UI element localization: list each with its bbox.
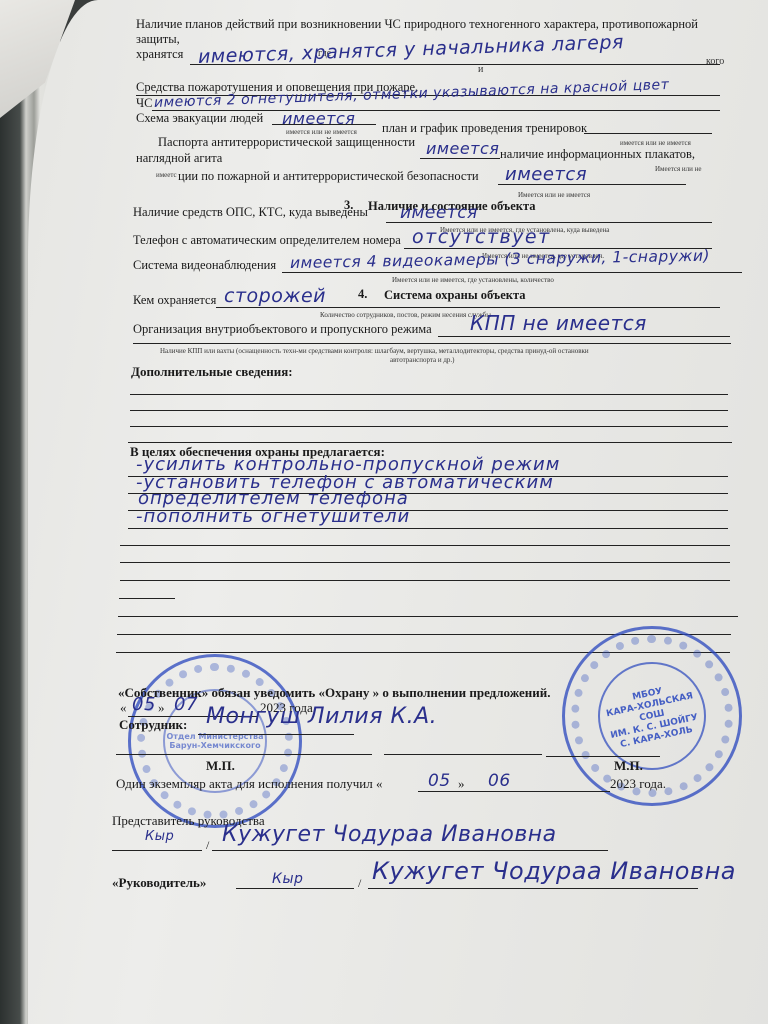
- propaganda-hint: Имеется или не имеется: [518, 191, 590, 199]
- passport-label: Паспорта антитеррористической защищеннос…: [158, 135, 415, 149]
- proposal-line-4: [128, 528, 728, 529]
- ops-value: имеется: [400, 204, 478, 222]
- mp-left: М.П.: [206, 759, 235, 773]
- access-underline-2: [133, 343, 731, 344]
- evac-value: имеется: [282, 110, 355, 128]
- employee-label: Сотрудник:: [119, 718, 187, 732]
- propaganda-label: ции по пожарной и антитеррористической б…: [178, 169, 479, 183]
- plans-label: Наличие планов действий при возникновени…: [136, 17, 698, 31]
- sign-line-right: [546, 756, 660, 757]
- date1-open-quote: «: [120, 701, 127, 715]
- left-stamp-text-2: Барун-Хемчикского: [169, 741, 260, 750]
- training-underline: [584, 133, 712, 134]
- propaganda-underline: [498, 184, 686, 185]
- proposal-item: -пополнить огнетушители: [136, 508, 410, 526]
- section4-heading: Система охраны объекта: [384, 288, 526, 302]
- passport-value: имеется: [426, 140, 499, 158]
- additional-line-4: [128, 442, 732, 443]
- date2-year: 2023 года.: [610, 777, 666, 791]
- employee-signature: Монгуш Лилия К.А.: [206, 708, 437, 726]
- additional-line-1: [130, 394, 728, 395]
- left-official-stamp: Отдел Министерства Барун-Хемчикского: [128, 654, 302, 828]
- head-sig-short: Кыр: [272, 870, 303, 888]
- proposal-line-9: [118, 616, 738, 617]
- propaganda-value: имеется: [505, 166, 587, 184]
- rep-name-underline: [212, 850, 608, 851]
- access-label: Организация внутриобъектового и пропускн…: [133, 322, 432, 336]
- section4-number: 4.: [358, 287, 367, 301]
- head-separator: /: [358, 876, 361, 890]
- training-hint: имеется или не имеется: [620, 139, 691, 147]
- proposal-line-8: [119, 598, 175, 599]
- plans-label-3: хранятся: [136, 47, 183, 61]
- plans-underline: [190, 64, 720, 65]
- access-value: КПП не имеется: [470, 314, 647, 332]
- date2-close-quote: »: [458, 777, 465, 791]
- video-hint: Имеется или не имеется, где установлены,…: [392, 276, 554, 284]
- sign-line-left: [116, 754, 372, 755]
- phone-label: Телефон с автоматическим определителем н…: [133, 233, 401, 247]
- guard-label: Кем охраняется: [133, 293, 216, 307]
- access-hint-2: автотранспорта и др.): [390, 356, 455, 364]
- additional-line-2: [130, 410, 728, 411]
- date1-day: 05: [132, 696, 156, 714]
- head-label: «Руководитель»: [112, 876, 206, 890]
- posters-hint: Имеется или не: [655, 165, 702, 173]
- additional-heading: Дополнительные сведения:: [131, 365, 293, 379]
- rep-sig-short: Кыр: [145, 828, 174, 846]
- plans-label-2: защиты,: [136, 32, 180, 46]
- proposal-line-7: [120, 580, 730, 581]
- sign-line-middle: [384, 754, 542, 755]
- visual-label: наглядной агита: [136, 151, 222, 165]
- rep-sig-underline: [112, 850, 202, 851]
- access-hint: Наличие КПП или вахты (оснащенность техн…: [160, 347, 589, 355]
- guard-hint: Количество сотрудников, постов, режим не…: [320, 311, 491, 319]
- passport-underline: [420, 158, 500, 159]
- propaganda-prefix: имеетс: [156, 171, 177, 179]
- proposal-line-6: [120, 562, 730, 563]
- access-underline: [438, 336, 730, 337]
- received-label: Один экземпляр акта для исполнения получ…: [116, 777, 383, 791]
- date2-month: 06: [488, 772, 511, 790]
- ops-underline: [386, 222, 712, 223]
- head-name-underline: [368, 888, 698, 889]
- training-label: план и график проведения тренировок: [382, 121, 587, 135]
- head-sig-underline: [236, 888, 354, 889]
- rep-name: Кужугет Чодураа Ивановна: [222, 826, 557, 844]
- head-name: Кужугет Чодураа Ивановна: [372, 862, 736, 880]
- employee-underline: [198, 734, 354, 735]
- additional-line-3: [130, 426, 728, 427]
- evac-label: Схема эвакуации людей: [136, 111, 263, 125]
- rep-separator: /: [206, 838, 209, 852]
- guard-underline: [216, 307, 720, 308]
- date1-close-quote: »: [158, 701, 165, 715]
- proposal-line-5: [120, 545, 730, 546]
- posters-label: наличие информационных плакатов,: [500, 147, 695, 161]
- ops-label: Наличие средств ОПС, КТС, куда выведены: [133, 205, 368, 219]
- video-underline: [282, 272, 742, 273]
- date2-day: 05: [428, 772, 451, 790]
- date2-underline: [418, 791, 610, 792]
- video-label: Система видеонаблюдения: [133, 258, 276, 272]
- guard-value: сторожей: [224, 287, 326, 305]
- mp-right: М.П.: [614, 759, 643, 773]
- fire-label-2: ЧС: [136, 96, 152, 110]
- phone-value: отсутствует: [412, 228, 551, 246]
- evac-underline: [272, 124, 376, 125]
- plans-hint-and: и: [478, 66, 483, 74]
- date1-month: 07: [174, 696, 198, 714]
